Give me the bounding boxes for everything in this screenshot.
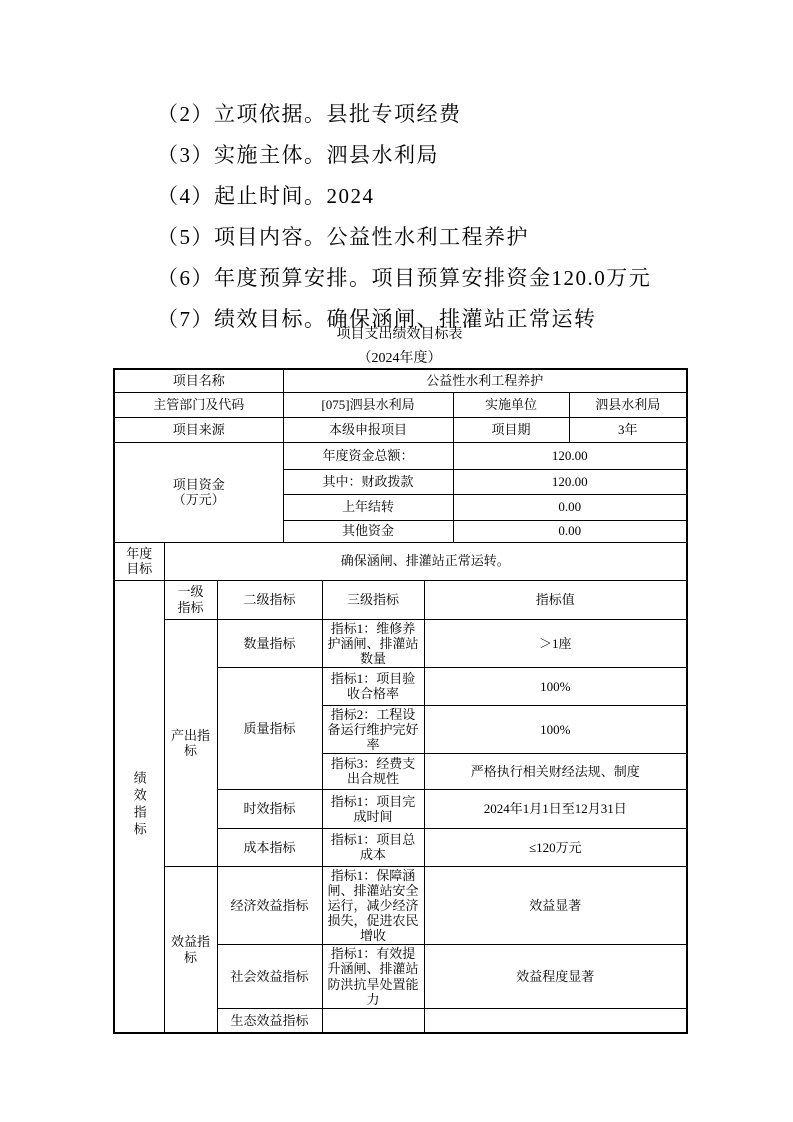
annual-goal-label: 年度目标 [114, 542, 164, 580]
fund-total-label: 年度资金总额： [283, 442, 453, 469]
value-cell: 严格执行相关财经法规、制度 [424, 753, 687, 789]
header-level1: 一级指标 [164, 580, 217, 619]
level3-cell: 指标1：维修养护涵闸、排灌站数量 [322, 619, 424, 667]
fund-other-value: 0.00 [453, 520, 687, 542]
value-cell: 100% [424, 705, 687, 753]
value-cell: ≤120万元 [424, 828, 687, 866]
funds-label-text: 项目资金（万元） [169, 477, 229, 507]
intro-item-6: （6）年度预算安排。项目预算安排资金120.0万元 [113, 268, 686, 289]
level3-cell: 指标2：工程设备运行维护完好率 [322, 705, 424, 753]
row-project-name: 项目名称 公益性水利工程养护 [114, 369, 687, 392]
level2-timeliness: 时效指标 [217, 789, 322, 828]
intro-item-2: （2）立项依据。县批专项经费 [113, 104, 686, 125]
row-fund-total: 项目资金（万元） 年度资金总额： 120.00 [114, 442, 687, 469]
level2-cost: 成本指标 [217, 828, 322, 866]
fund-carryover-value: 0.00 [453, 494, 687, 520]
row-economic-benefit: 效益指标 经济效益指标 指标1：保障涵闸、排灌站安全运行，减少经济损失，促进农民… [114, 866, 687, 944]
value-cell: 效益显著 [424, 866, 687, 944]
period-label: 项目期 [453, 417, 569, 442]
level3-cell: 指标3：经费支出合规性 [322, 753, 424, 789]
side-label-text: 绩效指标 [133, 771, 146, 839]
value-cell: 效益程度显著 [424, 945, 687, 1008]
intro-item-5: （5）项目内容。公益性水利工程养护 [113, 227, 686, 248]
project-name-value: 公益性水利工程养护 [283, 369, 687, 392]
header-level1-text: 一级指标 [176, 584, 205, 614]
period-value: 3年 [569, 417, 687, 442]
level3-cell: 指标1：项目总成本 [322, 828, 424, 866]
row-indicator-header: 绩效指标 一级指标 二级指标 三级指标 指标值 [114, 580, 687, 619]
funds-label: 项目资金（万元） [114, 442, 283, 542]
fund-fiscal-label: 其中：财政拨款 [283, 469, 453, 494]
level2-quantity: 数量指标 [217, 619, 322, 667]
annual-goal-value: 确保涵闸、排灌站正常运转。 [164, 542, 687, 580]
intro-item-3: （3）实施主体。泗县水利局 [113, 145, 686, 166]
impl-label: 实施单位 [453, 392, 569, 417]
source-label: 项目来源 [114, 417, 283, 442]
intro-item-4: （4）起止时间。2024 [113, 186, 686, 207]
header-level2: 二级指标 [217, 580, 322, 619]
fund-total-value: 120.00 [453, 442, 687, 469]
level2-economic: 经济效益指标 [217, 866, 322, 944]
side-label-performance-indicators: 绩效指标 [114, 580, 164, 1033]
fund-fiscal-value: 120.00 [453, 469, 687, 494]
level3-cell: 指标1：项目验收合格率 [322, 667, 424, 705]
dept-label: 主管部门及代码 [114, 392, 283, 417]
level1-output: 产出指标 [164, 619, 217, 866]
project-name-label: 项目名称 [114, 369, 283, 392]
header-level3: 三级指标 [322, 580, 424, 619]
level3-cell: 指标1：有效提升涵闸、排灌站防洪抗旱处置能力 [322, 945, 424, 1008]
row-quantity: 产出指标 数量指标 指标1：维修养护涵闸、排灌站数量 ＞1座 [114, 619, 687, 667]
fund-other-label: 其他资金 [283, 520, 453, 542]
level2-quality: 质量指标 [217, 667, 322, 789]
value-cell: 100% [424, 667, 687, 705]
level3-cell: 指标1：项目完成时间 [322, 789, 424, 828]
level2-ecological: 生态效益指标 [217, 1008, 322, 1033]
annual-goal-label-text: 年度目标 [125, 546, 154, 576]
document-page: （2）立项依据。县批专项经费 （3）实施主体。泗县水利局 （4）起止时间。202… [0, 0, 793, 1122]
value-cell: 2024年1月1日至12月31日 [424, 789, 687, 828]
document-body: （2）立项依据。县批专项经费 （3）实施主体。泗县水利局 （4）起止时间。202… [113, 0, 686, 1034]
impl-value: 泗县水利局 [569, 392, 687, 417]
level3-cell [322, 1008, 424, 1033]
row-annual-goal: 年度目标 确保涵闸、排灌站正常运转。 [114, 542, 687, 580]
header-value: 指标值 [424, 580, 687, 619]
dept-value: [075]泗县水利局 [283, 392, 453, 417]
row-source: 项目来源 本级申报项目 项目期 3年 [114, 417, 687, 442]
level1-benefit: 效益指标 [164, 866, 217, 1033]
row-department: 主管部门及代码 [075]泗县水利局 实施单位 泗县水利局 [114, 392, 687, 417]
table-subtitle: （2024年度） [113, 351, 686, 366]
fund-carryover-label: 上年结转 [283, 494, 453, 520]
value-cell [424, 1008, 687, 1033]
source-value: 本级申报项目 [283, 417, 453, 442]
performance-target-table: 项目名称 公益性水利工程养护 主管部门及代码 [075]泗县水利局 实施单位 泗… [113, 368, 688, 1034]
value-cell: ＞1座 [424, 619, 687, 667]
level2-social: 社会效益指标 [217, 945, 322, 1008]
intro-list: （2）立项依据。县批专项经费 （3）实施主体。泗县水利局 （4）起止时间。202… [113, 0, 686, 330]
level3-cell: 指标1：保障涵闸、排灌站安全运行，减少经济损失，促进农民增收 [322, 866, 424, 944]
